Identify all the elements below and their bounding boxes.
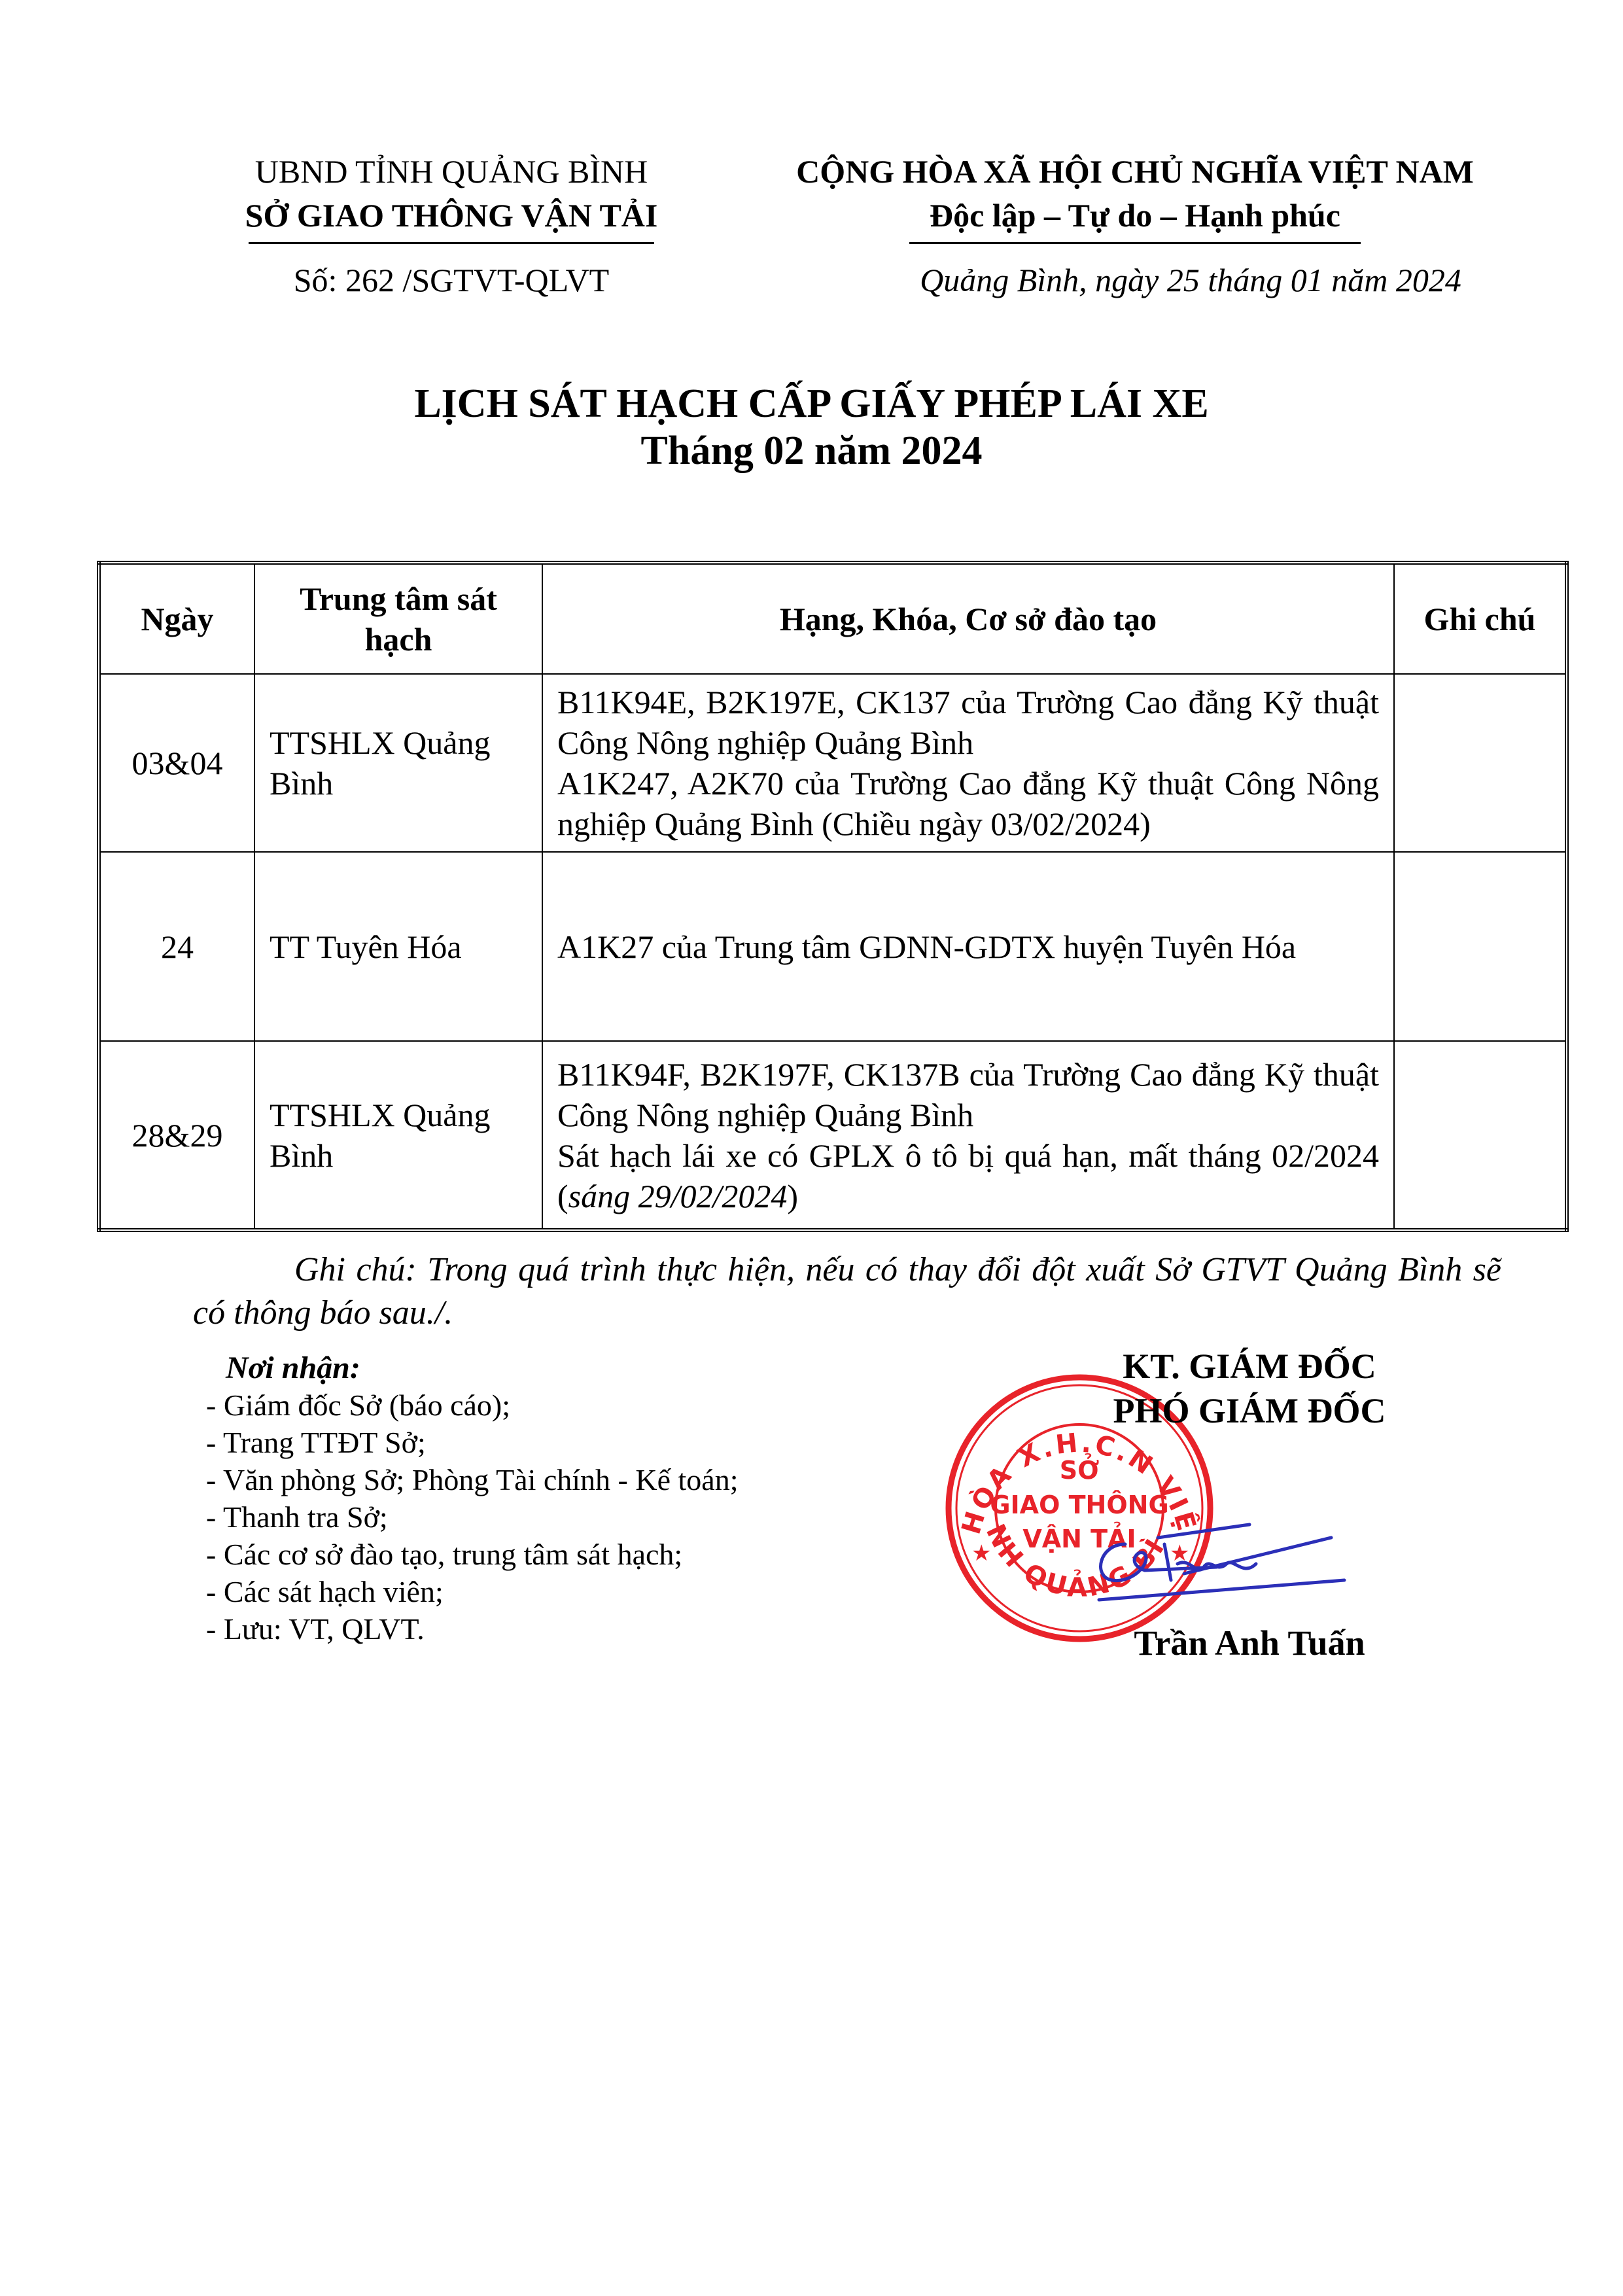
course-line: B11K94E, B2K197E, CK137 của Trường Cao đ… bbox=[557, 682, 1379, 763]
svg-text:GIAO THÔNG: GIAO THÔNG bbox=[990, 1491, 1168, 1519]
cell-center: TT Tuyên Hóa bbox=[254, 852, 542, 1041]
svg-text:SỞ: SỞ bbox=[1060, 1453, 1100, 1485]
issuer-underline bbox=[249, 242, 654, 244]
cell-note bbox=[1394, 1041, 1567, 1230]
footnote: Ghi chú: Trong quá trình thực hiện, nếu … bbox=[193, 1248, 1501, 1335]
cell-center: TTSHLX Quảng Bình bbox=[254, 674, 542, 852]
course-text: Sát hạch lái xe có GPLX ô tô bị quá hạn,… bbox=[557, 1137, 1379, 1174]
cell-day: 24 bbox=[99, 852, 254, 1041]
course-line: A1K27 của Trung tâm GDNN-GDTX huyện Tuyê… bbox=[557, 927, 1379, 967]
column-header-note: Ghi chú bbox=[1394, 563, 1567, 674]
recipient-item: - Thanh tra Sở; bbox=[206, 1498, 739, 1536]
recipient-item: - Các cơ sở đào tạo, trung tâm sát hạch; bbox=[206, 1536, 739, 1573]
recipients-title: Nơi nhận: bbox=[226, 1349, 739, 1386]
cell-courses: B11K94F, B2K197F, CK137B của Trường Cao … bbox=[542, 1041, 1394, 1230]
table-header-row: Ngày Trung tâm sát hạch Hạng, Khóa, Cơ s… bbox=[99, 563, 1567, 674]
document-subtitle: Tháng 02 năm 2024 bbox=[0, 427, 1623, 475]
course-line: A1K247, A2K70 của Trường Cao đẳng Kỹ thu… bbox=[557, 763, 1379, 844]
cell-courses: A1K27 của Trung tâm GDNN-GDTX huyện Tuyê… bbox=[542, 852, 1394, 1041]
recipient-item: - Lưu: VT, QLVT. bbox=[206, 1610, 739, 1648]
issuer-org: SỞ GIAO THÔNG VẬN TẢI bbox=[164, 196, 739, 235]
handwritten-signature-icon bbox=[1086, 1518, 1348, 1610]
course-line-with-date: Sát hạch lái xe có GPLX ô tô bị quá hạn,… bbox=[557, 1135, 1379, 1216]
schedule-table: Ngày Trung tâm sát hạch Hạng, Khóa, Cơ s… bbox=[97, 561, 1569, 1232]
recipient-item: - Văn phòng Sở; Phòng Tài chính - Kế toá… bbox=[206, 1461, 739, 1498]
cell-day: 03&04 bbox=[99, 674, 254, 852]
document-title: LỊCH SÁT HẠCH CẤP GIẤY PHÉP LÁI XE bbox=[0, 380, 1623, 428]
course-session-date: sáng 29/02/2024 bbox=[568, 1178, 788, 1214]
signature-title-2: PHÓ GIÁM ĐỐC bbox=[981, 1389, 1518, 1432]
column-header-center: Trung tâm sát hạch bbox=[254, 563, 542, 674]
signature-title-1: KT. GIÁM ĐỐC bbox=[981, 1345, 1518, 1388]
svg-text:★: ★ bbox=[971, 1540, 991, 1566]
recipient-item: - Giám đốc Sở (báo cáo); bbox=[206, 1386, 739, 1424]
national-motto: Độc lập – Tự do – Hạnh phúc bbox=[720, 196, 1550, 235]
cell-note bbox=[1394, 852, 1567, 1041]
table-row: 03&04 TTSHLX Quảng Bình B11K94E, B2K197E… bbox=[99, 674, 1567, 852]
document-number: Số: 262 /SGTVT-QLVT bbox=[164, 260, 739, 300]
table-row: 28&29 TTSHLX Quảng Bình B11K94F, B2K197F… bbox=[99, 1041, 1567, 1230]
cell-note bbox=[1394, 674, 1567, 852]
recipients-block: Nơi nhận: - Giám đốc Sở (báo cáo); - Tra… bbox=[206, 1349, 739, 1648]
column-header-day: Ngày bbox=[99, 563, 254, 674]
column-header-courses: Hạng, Khóa, Cơ sở đào tạo bbox=[542, 563, 1394, 674]
cell-day: 28&29 bbox=[99, 1041, 254, 1230]
course-line: B11K94F, B2K197F, CK137B của Trường Cao … bbox=[557, 1054, 1379, 1135]
document-date: Quảng Bình, ngày 25 tháng 01 năm 2024 bbox=[805, 260, 1577, 300]
cell-center: TTSHLX Quảng Bình bbox=[254, 1041, 542, 1230]
national-title: CỘNG HÒA XÃ HỘI CHỦ NGHĨA VIỆT NAM bbox=[720, 152, 1550, 191]
cell-courses: B11K94E, B2K197E, CK137 của Trường Cao đ… bbox=[542, 674, 1394, 852]
motto-underline bbox=[909, 242, 1361, 244]
recipient-item: - Các sát hạch viên; bbox=[206, 1573, 739, 1610]
table-row: 24 TT Tuyên Hóa A1K27 của Trung tâm GDNN… bbox=[99, 852, 1567, 1041]
recipient-item: - Trang TTĐT Sở; bbox=[206, 1424, 739, 1461]
issuer-parent-org: UBND TỈNH QUẢNG BÌNH bbox=[164, 152, 739, 191]
signer-name: Trần Anh Tuấn bbox=[981, 1621, 1518, 1665]
